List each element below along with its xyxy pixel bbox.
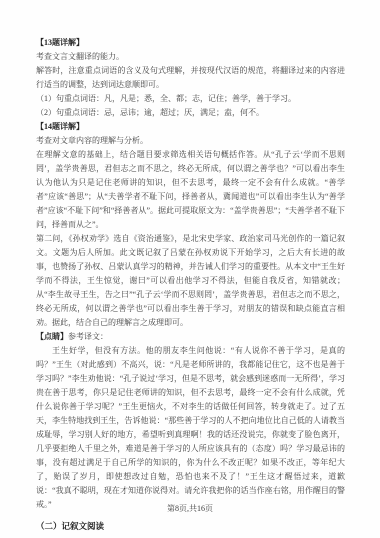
document-page: 【13题详解】 考查文言文翻译的能力。 解答时，注意重点词语的含义及句式理解，并…	[0, 0, 380, 538]
reference-translation: 王生好学，但没有方法。他的朋友李生问他说：“有人说你不善于学习，是真的吗？”王生…	[36, 344, 345, 512]
q13-heading: 【13题详解】	[36, 36, 345, 50]
q13-paragraph-method: 解答时，注意重点词语的含义及句式理解，并按现代汉语的规范，将翻译过来的内容进行适…	[36, 64, 345, 92]
q14-heading: 【14题详解】	[36, 120, 345, 134]
q14-paragraph-ability: 考查对文章内容的理解与分析。	[36, 134, 345, 148]
section2-heading: （二）记叙文阅读	[36, 519, 345, 533]
q13-keywords-1: （1）句重点词语：凡，凡是；悉，全、都；志，记住；善学，善于学习。	[36, 92, 345, 106]
dianjing-label: 【点睛】	[36, 332, 68, 341]
q14-paragraph-analysis: 在理解文意的基础上，结合题目要求筛选相关语句概括作答。从“孔子云‘学而不思则罔’…	[36, 148, 345, 232]
dianjing-title: 参考译文：	[68, 332, 108, 341]
page-footer: 第8页,共16页	[0, 503, 380, 514]
dianjing-line: 【点睛】参考译文：	[36, 330, 345, 344]
q13-paragraph-ability: 考查文言文翻译的能力。	[36, 50, 345, 64]
q13-keywords-2: （2）句重点词语：忌，忌讳；逾，超过；厌，满足；盍，何不。	[36, 106, 345, 120]
q14-paragraph-second-question: 第二问，《孙权劝学》选自《资治通鉴》，是北宋史学家、政治家司马光创作的一篇记叙文…	[36, 232, 345, 330]
